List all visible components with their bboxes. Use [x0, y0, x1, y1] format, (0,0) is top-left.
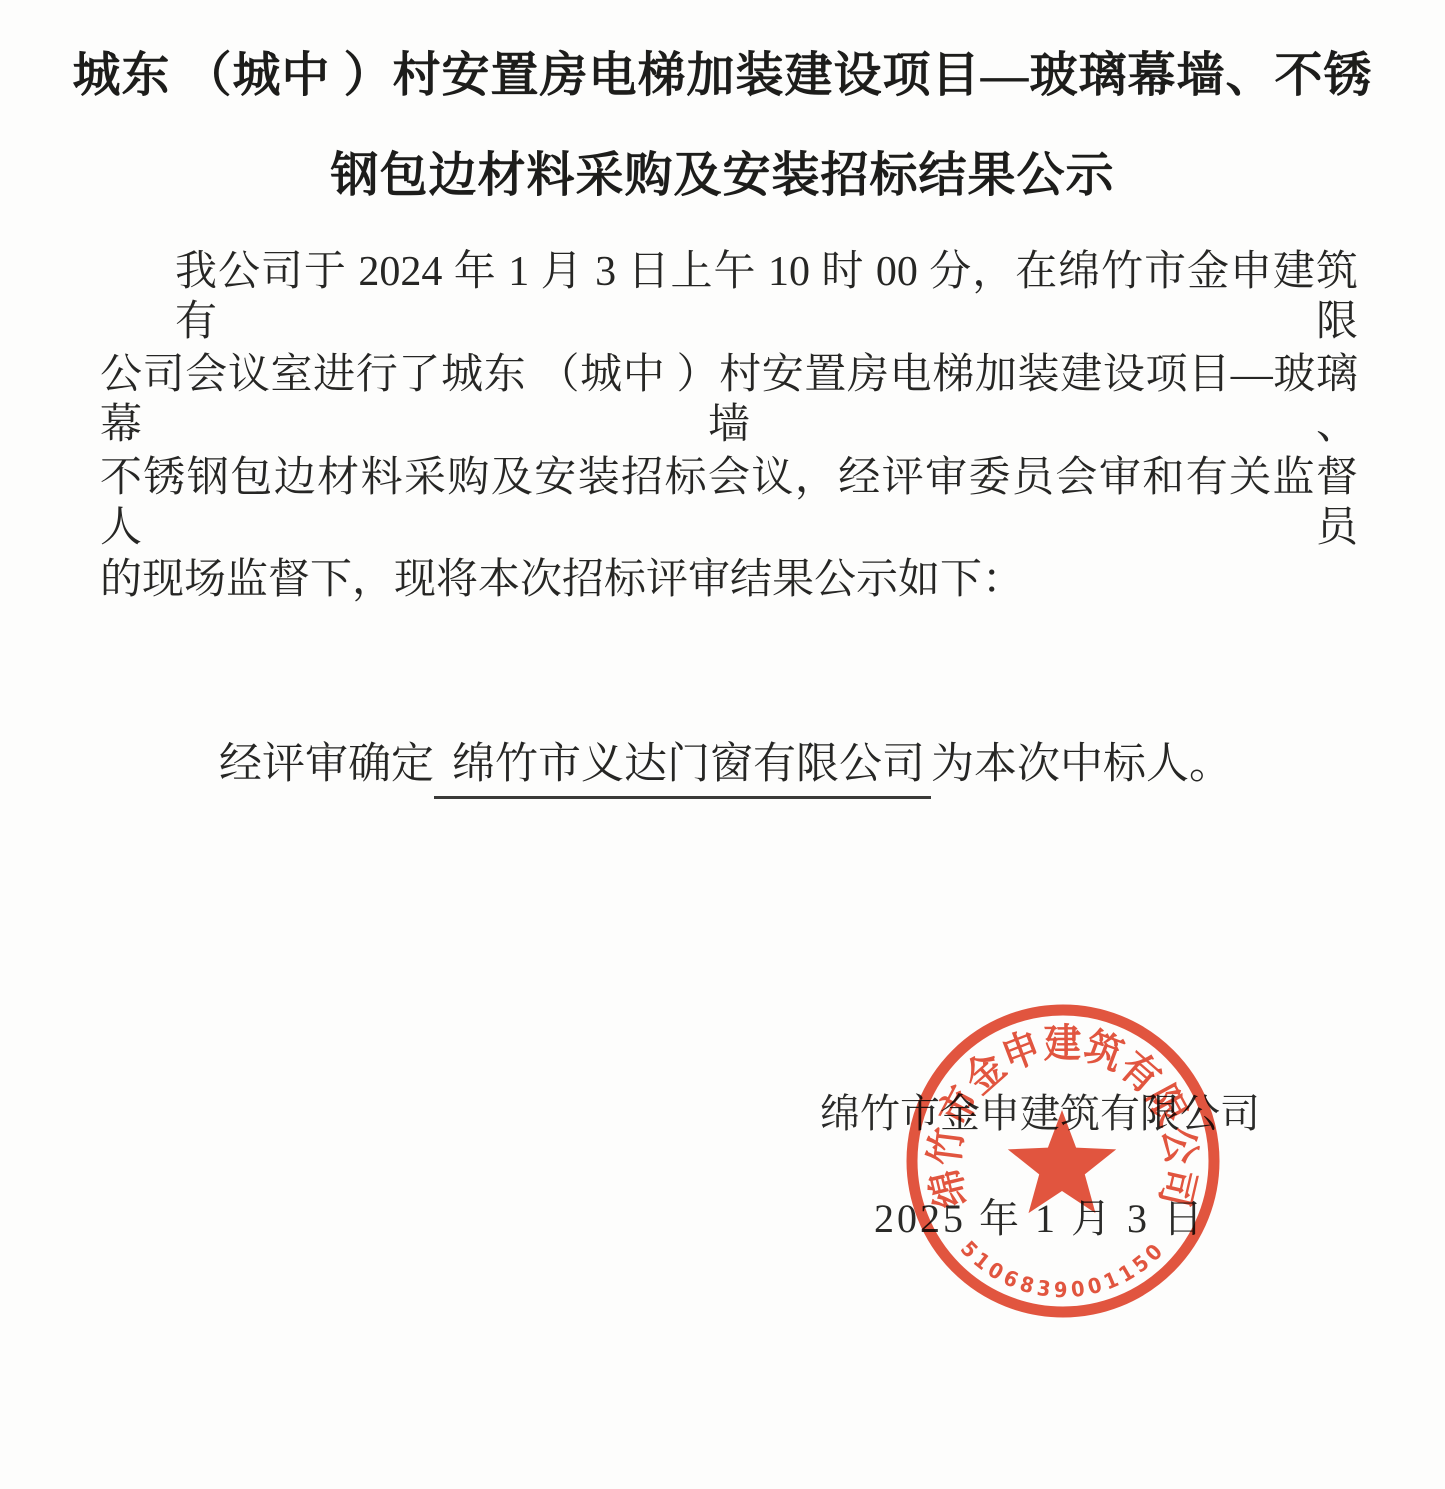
signature-block: 绵竹市金申建筑有限公司 2025 年 1 月 3 日	[820, 1082, 1260, 1244]
signature-date: 2025 年 1 月 3 日	[820, 1187, 1260, 1244]
document-title-line-1: 城东 （城中 ）村安置房电梯加装建设项目—玻璃幕墙、不锈	[0, 36, 1445, 105]
body-paragraph-line-3: 不锈钢包边材料采购及安装招标会议，经评审委员会审和有关监督人员	[100, 454, 1358, 553]
document-title-line-2: 钢包边材料采购及安装招标结果公示	[0, 136, 1445, 205]
seal-serial-number-holder: 5106839001150	[956, 1236, 1171, 1302]
award-result-line: 经评审确定绵竹市义达门窗有限公司为本次中标人。	[219, 730, 1232, 791]
seal-serial-number: 5106839001150	[956, 1236, 1171, 1302]
body-paragraph-line-2: 公司会议室进行了城东 （城中 ）村安置房电梯加装建设项目—玻璃幕墙、	[100, 351, 1358, 450]
award-prefix: 经评审确定	[219, 741, 434, 788]
award-suffix: 为本次中标人。	[931, 741, 1232, 788]
signature-company-name: 绵竹市金申建筑有限公司	[820, 1082, 1260, 1139]
document-page: 城东 （城中 ）村安置房电梯加装建设项目—玻璃幕墙、不锈 钢包边材料采购及安装招…	[0, 0, 1445, 1489]
body-paragraph-line-1: 我公司于 2024 年 1 月 3 日上午 10 时 00 分，在绵竹市金申建筑…	[100, 248, 1358, 347]
award-winner-underlined: 绵竹市义达门窗有限公司	[434, 741, 931, 799]
body-paragraph-line-4: 的现场监督下，现将本次招标评审结果公示如下：	[100, 556, 1358, 606]
